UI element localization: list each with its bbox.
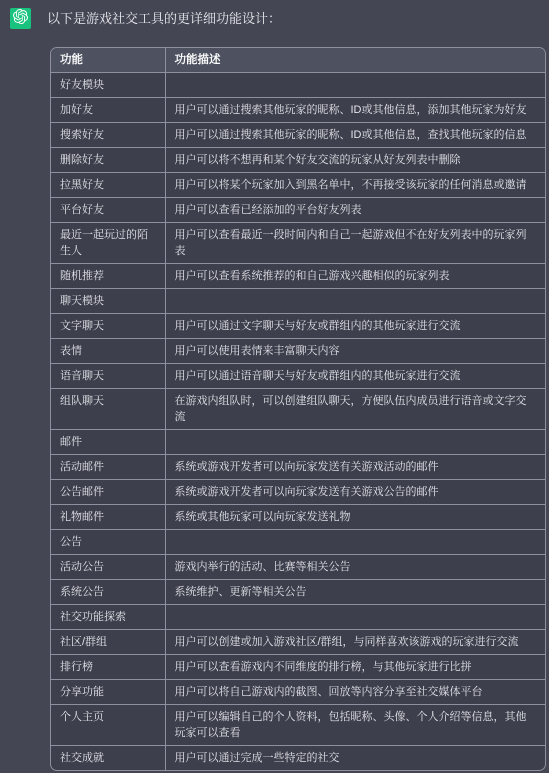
feature-cell: 邮件 <box>51 430 165 455</box>
table-row: 搜索好友用户可以通过搜索其他玩家的昵称、ID或其他信息，查找其他玩家的信息 <box>51 123 545 148</box>
assistant-avatar <box>10 8 31 29</box>
feature-cell: 社区/群组 <box>51 630 165 655</box>
table-row: 公告 <box>51 530 545 555</box>
feature-cell: 最近一起玩过的陌生人 <box>51 223 165 264</box>
description-cell: 用户可以查看最近一段时间内和自己一起游戏但不在好友列表中的玩家列表 <box>165 223 545 264</box>
description-cell: 用户可以查看游戏内不同维度的排行榜，与其他玩家进行比拼 <box>165 655 545 680</box>
column-header-feature: 功能 <box>51 48 165 73</box>
feature-cell: 聊天模块 <box>51 289 165 314</box>
table-row: 社交成就用户可以通过完成一些特定的社交 <box>51 746 545 771</box>
table-row: 最近一起玩过的陌生人用户可以查看最近一段时间内和自己一起游戏但不在好友列表中的玩… <box>51 223 545 264</box>
feature-cell: 拉黑好友 <box>51 173 165 198</box>
table-row: 加好友用户可以通过搜索其他玩家的昵称、ID或其他信息，添加其他玩家为好友 <box>51 98 545 123</box>
feature-cell: 组队聊天 <box>51 389 165 430</box>
table-row: 表情用户可以使用表情来丰富聊天内容 <box>51 339 545 364</box>
description-cell: 用户可以编辑自己的个人资料，包括昵称、头像、个人介绍等信息，其他玩家可以查看 <box>165 705 545 746</box>
table-row: 随机推荐用户可以查看系统推荐的和自己游戏兴趣相似的玩家列表 <box>51 264 545 289</box>
feature-cell: 公告邮件 <box>51 480 165 505</box>
description-cell: 用户可以创建或加入游戏社区/群组，与同样喜欢该游戏的玩家进行交流 <box>165 630 545 655</box>
feature-cell: 文字聊天 <box>51 314 165 339</box>
table-row: 好友模块 <box>51 73 545 98</box>
description-cell: 用户可以通过完成一些特定的社交 <box>165 746 545 771</box>
table-row: 删除好友用户可以将不想再和某个好友交流的玩家从好友列表中删除 <box>51 148 545 173</box>
description-cell: 用户可以通过搜索其他玩家的昵称、ID或其他信息，添加其他玩家为好友 <box>165 98 545 123</box>
description-cell: 游戏内举行的活动、比赛等相关公告 <box>165 555 545 580</box>
openai-logo-icon <box>13 9 28 29</box>
description-cell: 用户可以将自己游戏内的截图、回放等内容分享至社交媒体平台 <box>165 680 545 705</box>
description-cell: 系统维护、更新等相关公告 <box>165 580 545 605</box>
feature-cell: 表情 <box>51 339 165 364</box>
table-row: 聊天模块 <box>51 289 545 314</box>
table-header-row: 功能 功能描述 <box>51 48 545 73</box>
feature-cell: 删除好友 <box>51 148 165 173</box>
table-row: 平台好友用户可以查看已经添加的平台好友列表 <box>51 198 545 223</box>
column-header-description: 功能描述 <box>165 48 545 73</box>
table-row: 拉黑好友用户可以将某个玩家加入到黑名单中，不再接受该玩家的任何消息或邀请 <box>51 173 545 198</box>
table-row: 活动公告游戏内举行的活动、比赛等相关公告 <box>51 555 545 580</box>
table-row: 组队聊天在游戏内组队时，可以创建组队聊天，方便队伍内成员进行语音或文字交流 <box>51 389 545 430</box>
description-cell: 用户可以通过语音聊天与好友或群组内的其他玩家进行交流 <box>165 364 545 389</box>
table-row: 社区/群组用户可以创建或加入游戏社区/群组，与同样喜欢该游戏的玩家进行交流 <box>51 630 545 655</box>
table-row: 社交功能探索 <box>51 605 545 630</box>
description-cell: 用户可以通过搜索其他玩家的昵称、ID或其他信息，查找其他玩家的信息 <box>165 123 545 148</box>
description-cell <box>165 289 545 314</box>
feature-cell: 随机推荐 <box>51 264 165 289</box>
table-row: 系统公告系统维护、更新等相关公告 <box>51 580 545 605</box>
table-row: 公告邮件系统或游戏开发者可以向玩家发送有关游戏公告的邮件 <box>51 480 545 505</box>
description-cell: 用户可以将不想再和某个好友交流的玩家从好友列表中删除 <box>165 148 545 173</box>
description-cell <box>165 73 545 98</box>
description-cell: 在游戏内组队时，可以创建组队聊天，方便队伍内成员进行语音或文字交流 <box>165 389 545 430</box>
feature-cell: 活动公告 <box>51 555 165 580</box>
description-cell <box>165 430 545 455</box>
feature-cell: 社交功能探索 <box>51 605 165 630</box>
features-table: 功能 功能描述 好友模块加好友用户可以通过搜索其他玩家的昵称、ID或其他信息，添… <box>50 47 546 771</box>
feature-cell: 加好友 <box>51 98 165 123</box>
assistant-message-text: 以下是游戏社交工具的更详细功能设计： <box>47 10 281 28</box>
feature-cell: 系统公告 <box>51 580 165 605</box>
feature-cell: 活动邮件 <box>51 455 165 480</box>
description-cell <box>165 530 545 555</box>
feature-cell: 分享功能 <box>51 680 165 705</box>
table-row: 排行榜用户可以查看游戏内不同维度的排行榜，与其他玩家进行比拼 <box>51 655 545 680</box>
description-cell <box>165 605 545 630</box>
table-row: 个人主页用户可以编辑自己的个人资料，包括昵称、头像、个人介绍等信息，其他玩家可以… <box>51 705 545 746</box>
table-row: 文字聊天用户可以通过文字聊天与好友或群组内的其他玩家进行交流 <box>51 314 545 339</box>
feature-cell: 个人主页 <box>51 705 165 746</box>
feature-cell: 语音聊天 <box>51 364 165 389</box>
table-row: 礼物邮件系统或其他玩家可以向玩家发送礼物 <box>51 505 545 530</box>
feature-cell: 社交成就 <box>51 746 165 771</box>
table-row: 活动邮件系统或游戏开发者可以向玩家发送有关游戏活动的邮件 <box>51 455 545 480</box>
description-cell: 用户可以将某个玩家加入到黑名单中，不再接受该玩家的任何消息或邀请 <box>165 173 545 198</box>
description-cell: 系统或游戏开发者可以向玩家发送有关游戏活动的邮件 <box>165 455 545 480</box>
feature-cell: 公告 <box>51 530 165 555</box>
description-cell: 系统或其他玩家可以向玩家发送礼物 <box>165 505 545 530</box>
feature-cell: 礼物邮件 <box>51 505 165 530</box>
feature-cell: 搜索好友 <box>51 123 165 148</box>
feature-cell: 平台好友 <box>51 198 165 223</box>
description-cell: 用户可以通过文字聊天与好友或群组内的其他玩家进行交流 <box>165 314 545 339</box>
table-row: 邮件 <box>51 430 545 455</box>
table-row: 语音聊天用户可以通过语音聊天与好友或群组内的其他玩家进行交流 <box>51 364 545 389</box>
table-row: 分享功能用户可以将自己游戏内的截图、回放等内容分享至社交媒体平台 <box>51 680 545 705</box>
description-cell: 用户可以查看已经添加的平台好友列表 <box>165 198 545 223</box>
description-cell: 系统或游戏开发者可以向玩家发送有关游戏公告的邮件 <box>165 480 545 505</box>
feature-cell: 好友模块 <box>51 73 165 98</box>
feature-cell: 排行榜 <box>51 655 165 680</box>
description-cell: 用户可以查看系统推荐的和自己游戏兴趣相似的玩家列表 <box>165 264 545 289</box>
description-cell: 用户可以使用表情来丰富聊天内容 <box>165 339 545 364</box>
